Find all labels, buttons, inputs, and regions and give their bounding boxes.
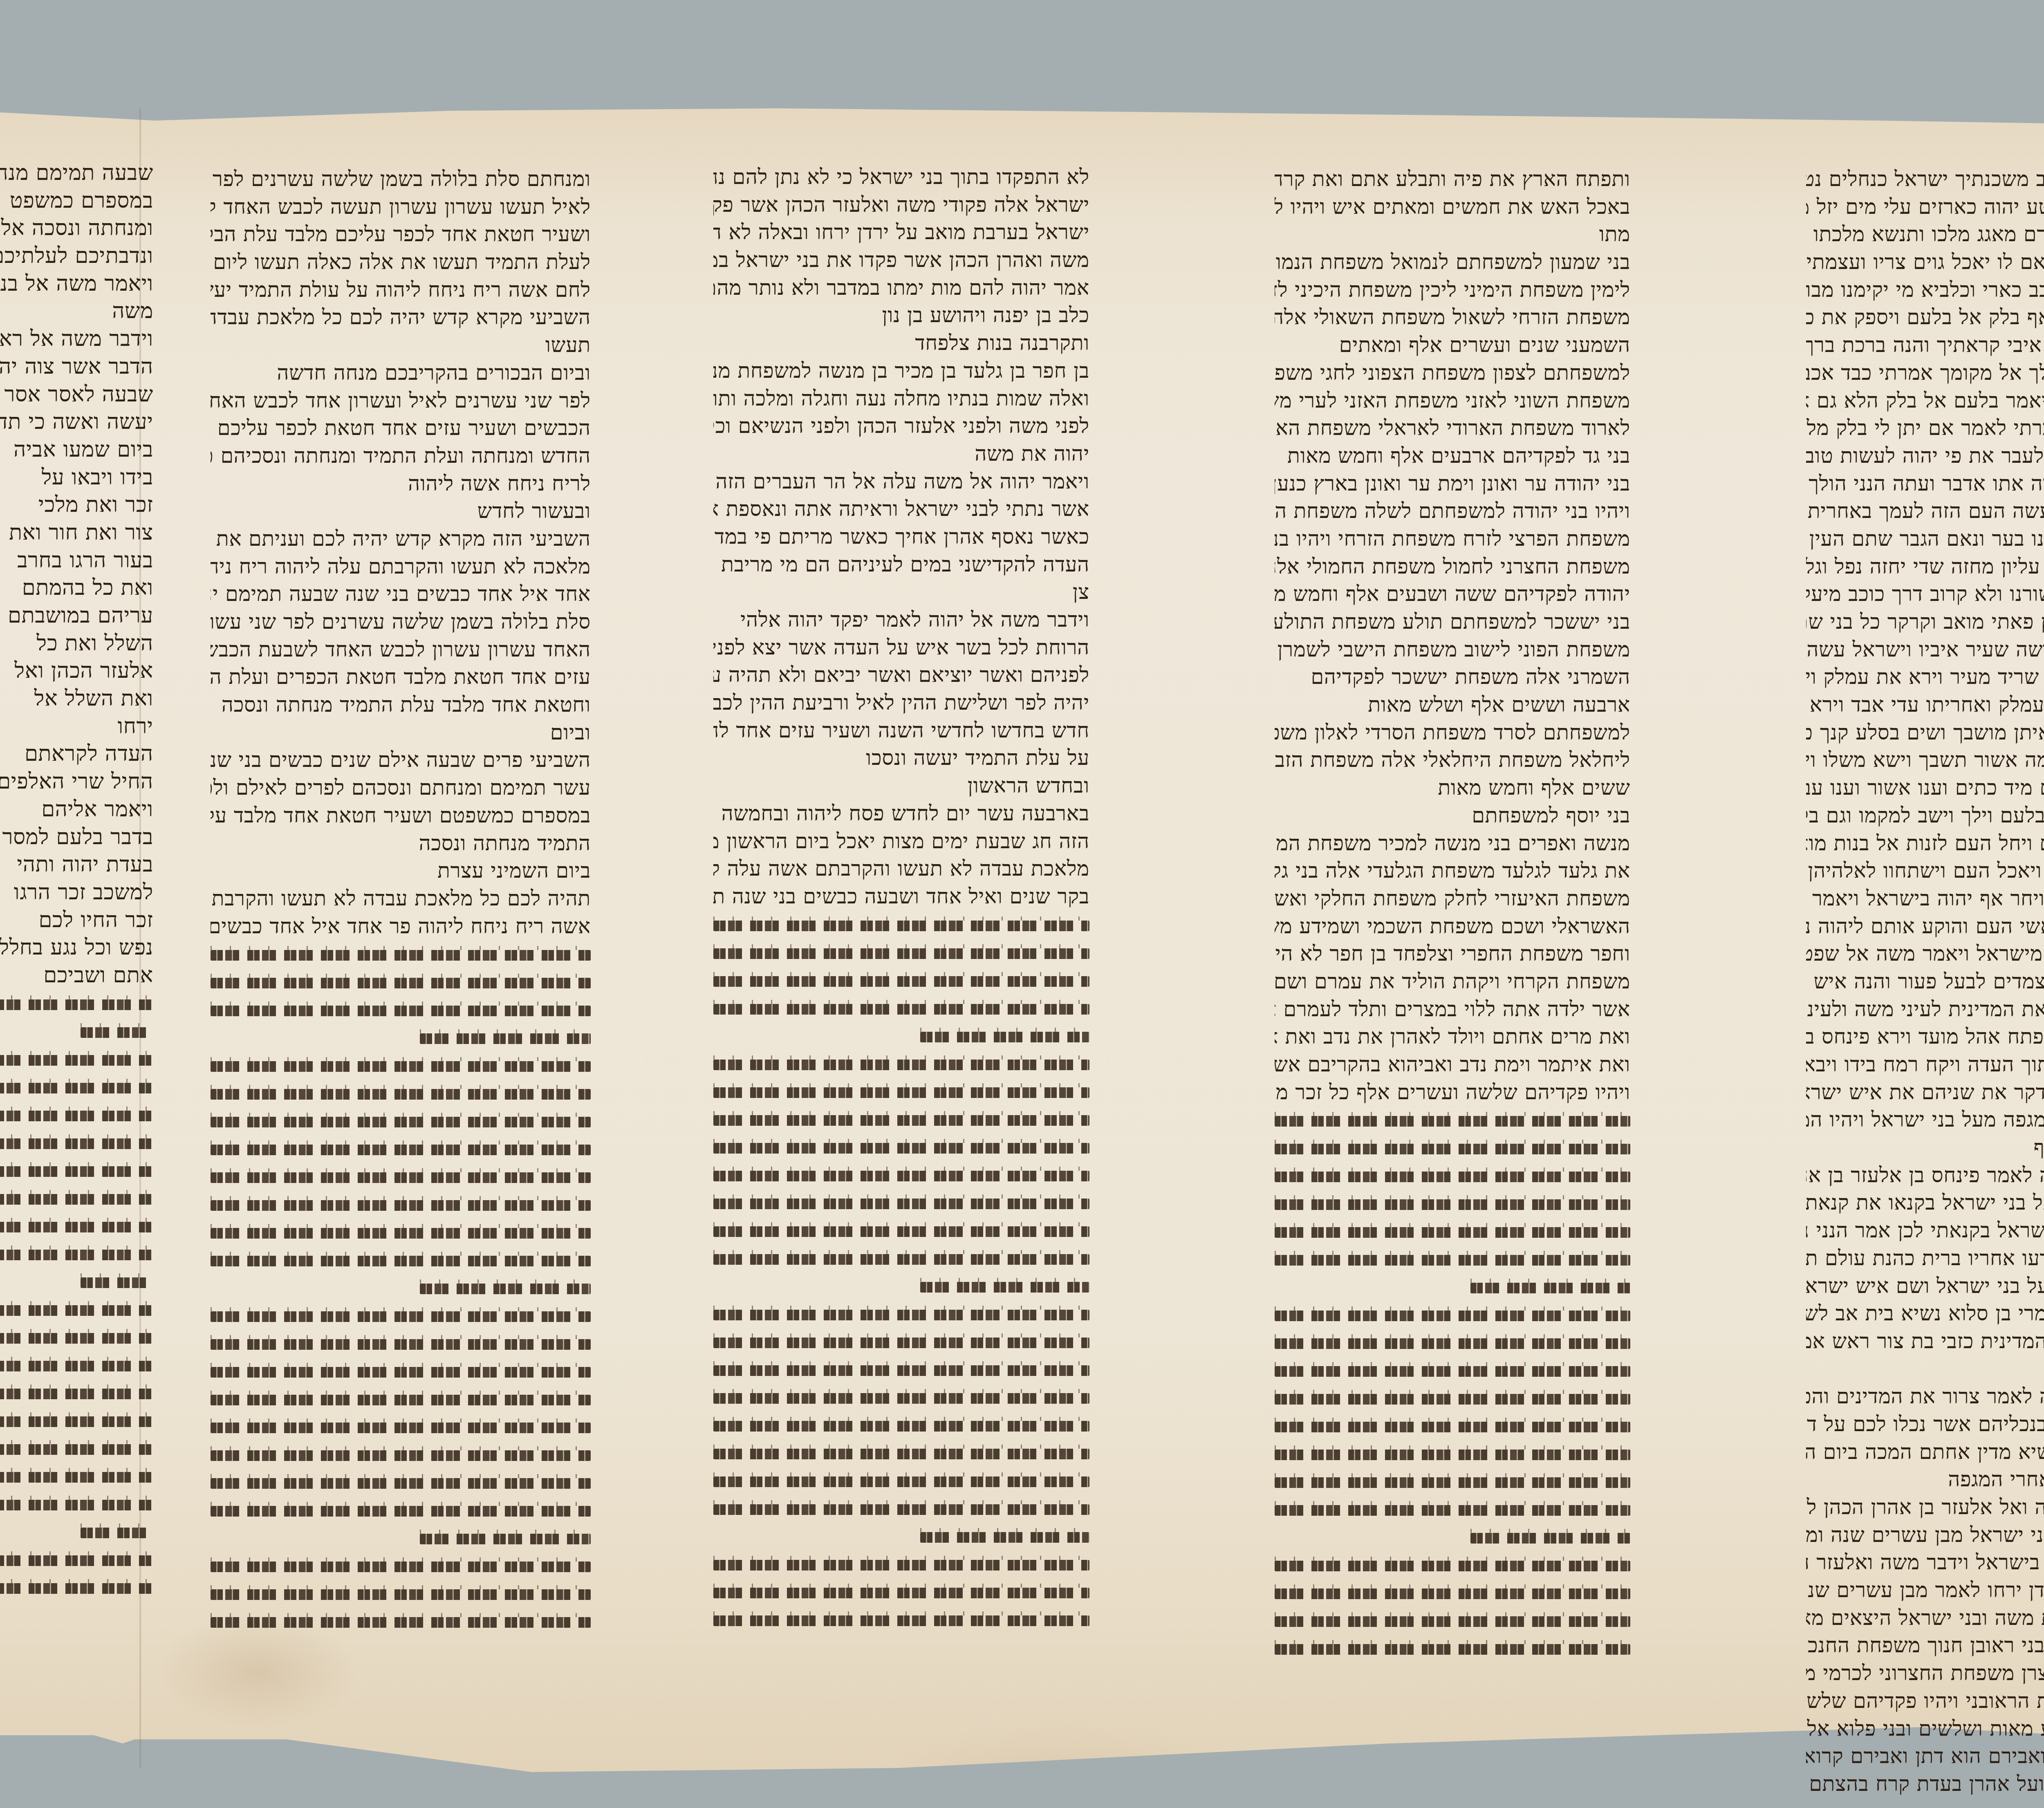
text-line: וארבעים אלף ושבע מאות ושלשים ובני פלוא א…	[1806, 1715, 2044, 1743]
text-line: ארבעה ועשרים אלף	[1806, 1134, 2044, 1162]
text-line: הרוחת לכל בשר איש על העדה אשר יצא לפניהם…	[713, 634, 1089, 662]
text-line: צור ואת חור ואת	[0, 519, 153, 547]
text-line-illegible	[713, 1133, 1089, 1161]
text-line-illegible	[713, 1439, 1089, 1467]
text-line: מלאכת עבדה לא תעשו והקרבתם אשה עלה ליהוה…	[713, 855, 1089, 883]
text-line: לעם לזבחי אלהיהן ויאכל העם וישתחוו לאלהי…	[1806, 857, 2044, 885]
text-line-illegible	[713, 1300, 1089, 1328]
text-line: העדה לקראתם	[0, 740, 153, 768]
text-line-illegible	[1275, 1467, 1630, 1495]
text-line-illegible	[713, 1467, 1089, 1494]
text-line-illegible	[0, 1129, 153, 1156]
text-line: לעלת התמיד תעשו את אלה כאלה תעשו ליום שב…	[211, 249, 591, 276]
text-line: משפחת החצרני לחמול משפחת החמולי אלה משפח…	[1275, 553, 1630, 581]
text-line-illegible	[713, 1105, 1089, 1133]
text-line: לא התפקדו בתוך בני ישראל כי לא נתן להם נ…	[713, 164, 1089, 191]
text-line-illegible	[713, 1355, 1089, 1383]
torah-scroll: שבעה תמימם מנחתםבמספרם כמשפטומנחתה ונסכה…	[0, 0, 2044, 1808]
text-line-illegible	[713, 1272, 1089, 1300]
text-line: לחם אשה ריח ניחח ליהוה על עולת התמיד יעש…	[211, 276, 591, 304]
text-line-illegible	[0, 1295, 153, 1323]
text-line: ושם האשה המכה המדינית כזבי בת צור ראש אמ…	[1806, 1328, 2044, 1355]
text-line-illegible	[211, 940, 591, 968]
text-line-illegible	[0, 990, 153, 1017]
text-line-illegible	[1275, 1273, 1630, 1301]
text-line: ויאמר יהוה אל משה ואל אלעזר בן אהרן הכהן…	[1806, 1494, 2044, 1521]
text-line: סלת בלולה בשמן שלשה עשרנים לפר שני עשרני…	[211, 608, 591, 636]
text-line: וירד מיעקב והאביד שריד מעיר וירא את עמלק…	[1806, 663, 2044, 691]
text-line: האחד עשרון עשרון לכבש האחד לשבעת הכבשים …	[211, 636, 591, 664]
text-line: אבתם כל יצא צבא בישראל וידבר משה ואלעזר …	[1806, 1549, 2044, 1577]
text-line-illegible	[0, 1240, 153, 1268]
text-line: וישב ישראל בשטים ויחל העם לזנות אל בנות …	[1806, 830, 2044, 858]
text-line: בני שמעון למשפחתם לנמואל משפחת הנמואלי	[1275, 249, 1630, 276]
text-line-illegible	[0, 1351, 153, 1379]
text-line-illegible	[1275, 1384, 1630, 1412]
text-line: נפש וכל נגע בחלל	[0, 934, 153, 962]
text-line: ובחדש הראשון	[713, 772, 1089, 800]
text-line-illegible	[1275, 1217, 1630, 1245]
text-line: במספרם כמשפט	[0, 187, 153, 215]
text-line-illegible	[713, 1244, 1089, 1272]
text-line: הכבשים ושעיר עזים אחד חטאת לכפר עליכם מל…	[211, 414, 591, 442]
column-partial-left: שבעה תמימם מנחתםבמספרם כמשפטומנחתה ונסכה…	[0, 159, 153, 1601]
text-line: ראובן בכור ישראל בני ראובן חנוך משפחת הח…	[1806, 1632, 2044, 1660]
text-line: עשר תמימם ומנחתם ונסכהם לפרים לאילם ולכב…	[211, 774, 591, 802]
text-line: השביעי הזה מקרא קדש יהיה לכם ועניתם את נ…	[211, 525, 591, 553]
text-line: יחיה משמו אל וצים מיד כתים וענו אשור וענ…	[1806, 774, 2044, 802]
text-line: ויאמר יהוה אל משה עלה אל הר העברים הזה ו…	[713, 468, 1089, 496]
text-line: ישראל והמה בכים פתח אהל מועד וירא פינחס …	[1806, 1023, 2044, 1051]
text-line-illegible	[713, 966, 1089, 994]
column-3: ותפתח הארץ את פיה ותבלע אתם ואת קרח במות…	[1275, 166, 1630, 1662]
text-line: הרגו איש אנשיו הנצמדים לבעל פעור והנה אי…	[1806, 968, 2044, 996]
text-line-illegible	[0, 1017, 153, 1045]
text-line-illegible	[211, 1246, 591, 1274]
text-line: ישראל אלה פקודי משה ואלעזר הכהן אשר פקדו…	[713, 191, 1089, 219]
text-line: משפחת השוני לאזני משפחת האזני לערי משפחת…	[1275, 387, 1630, 415]
text-line: ומנחתה ונסכה אלה	[0, 215, 153, 242]
text-line: על עלת התמיד יעשה ונסכו	[713, 744, 1089, 772]
text-line: ישראל אל הקבה וידקר את שניהם את איש ישרא…	[1806, 1079, 2044, 1107]
text-line: וידבר משה אל יהוה לאמר יפקד יהוה אלהי	[713, 606, 1089, 634]
text-line-illegible	[713, 1078, 1089, 1105]
text-line-illegible	[1275, 1356, 1630, 1384]
text-line: לריח ניחח אשה ליהוה	[211, 470, 591, 498]
text-line: שבעה לאסר אסר על	[0, 381, 153, 409]
text-line: שלום והיתה לו ולזרעו אחריו ברית כהנת עול…	[1806, 1245, 2044, 1273]
text-line-illegible	[1275, 1134, 1630, 1162]
text-line: משפחת הפרצי לזרח משפחת הזרחי ויהיו בני פ…	[1275, 525, 1630, 553]
text-line: אשר שלחת אלי דברתי לאמר אם יתן לי בלק מל…	[1806, 414, 2044, 442]
text-line: ושעיר חטאת אחד לכפר עליכם מלבד עלת הבקר …	[211, 221, 591, 249]
text-line-illegible	[0, 1045, 153, 1073]
text-line: וחציו ימחץ כרע שכב כארי וכלביא מי יקימנו…	[1806, 276, 2044, 304]
text-line: בן חפר בן גלעד בן מכיר בן מנשה למשפחת מנ…	[713, 357, 1089, 385]
text-line: ירחו	[0, 713, 153, 741]
text-line-illegible	[0, 1156, 153, 1184]
text-line: שבעה תמימם מנחתם	[0, 159, 153, 187]
text-line: קנא לאלהיו ויכפר על בני ישראל ושם איש יש…	[1806, 1273, 2044, 1300]
text-line-illegible	[713, 939, 1089, 966]
text-line: בני יששכר למשפחתם תולע משפחת התולעי לפוה	[1275, 608, 1630, 636]
column-2: לא התפקדו בתוך בני ישראל כי לא נתן להם נ…	[713, 164, 1089, 1633]
text-line: אמר יהוה להם מות ימתו במדבר ולא נותר מהם…	[713, 274, 1089, 302]
text-line: מלבי אשר ידבר יהוה אתו אדבר ועתה הנני הו…	[1806, 470, 2044, 498]
text-line: האשראלי ושכם משפחת השכמי ושמידע משפחת הש…	[1275, 913, 1630, 941]
text-line-illegible	[1275, 1634, 1630, 1662]
text-line: משפחת הקרחי ויקהת הוליד את עמרם ושם אשת …	[1275, 968, 1630, 996]
text-line: עזים אחד חטאת מלבד חטאת הכפרים ועלת התמי…	[211, 663, 591, 691]
text-line-illegible	[211, 1496, 591, 1524]
text-line-illegible	[0, 1573, 153, 1601]
text-line: משה	[0, 298, 153, 325]
text-line-illegible	[211, 1385, 591, 1413]
text-line: אמרי אל וידע דעת עליון מחזה שדי יחזה נפל…	[1806, 553, 2044, 581]
text-line-illegible	[211, 1218, 591, 1246]
text-line: וידבר משה אל ראשי	[0, 325, 153, 353]
text-line: בני יהודה ער ואונן וימת ער ואונן בארץ כנ…	[1275, 470, 1630, 498]
text-line: פעמים ועתה ברח לך אל מקומך אמרתי כבד אכב…	[1806, 359, 2044, 387]
text-line-illegible	[1275, 1551, 1630, 1579]
text-line-illegible	[713, 1578, 1089, 1606]
text-line: יהיה לבער קין עד מה אשור תשבך וישא משלו …	[1806, 746, 2044, 774]
text-line-illegible	[713, 1161, 1089, 1189]
text-line: תהיה לכם כל מלאכת עבדה לא תעשו והקרבתם ע…	[211, 885, 591, 913]
text-line: ואת כל בהמתם	[0, 574, 153, 602]
text-line: ויהיו בני יהודה למשפחתם לשלה משפחת השלני…	[1275, 497, 1630, 525]
text-line-illegible	[713, 1189, 1089, 1217]
text-line-illegible	[211, 1302, 591, 1329]
text-line: מלאכה לא תעשו והקרבתם עלה ליהוה ריח ניחח…	[211, 553, 591, 581]
text-line: ומנחתם סלת בלולה בשמן שלשה עשרנים לפר וש…	[211, 166, 591, 193]
text-line: החדש ומנחתה ועלת התמיד ומנחתה ונסכיהם כמ…	[211, 442, 591, 470]
text-line: ויאמר ראשית גוים עמלק ואחריתו עדי אבד וי…	[1806, 691, 2044, 719]
text-line-illegible	[1275, 1329, 1630, 1356]
text-line: השמעני שנים ועשרים אלף ומאתים	[1275, 332, 1630, 359]
text-line-illegible	[0, 1212, 153, 1240]
text-line-illegible	[0, 1407, 153, 1434]
text-line-illegible	[713, 1494, 1089, 1522]
text-line-illegible	[211, 1135, 591, 1163]
text-line: ואלה שמות בנתיו מחלה נעה וחגלה ומלכה ותר…	[713, 385, 1089, 413]
text-line-illegible	[211, 968, 591, 996]
text-line: כלב בן יפנה ויהושע בן נון	[713, 302, 1089, 329]
text-line: כסף וזהב לא אוכל לעבר את פי יהוה לעשות ט…	[1806, 442, 2044, 470]
text-line-illegible	[1275, 1190, 1630, 1217]
text-line: אליאב נמואל ודתן ואבירם הוא דתן ואבירם ק…	[1806, 1743, 2044, 1770]
text-line: ביום השמיני עצרת	[211, 857, 591, 885]
text-line: מנעך יהוה מכבוד ויאמר בלעם אל בלק הלא גם…	[1806, 387, 2044, 415]
text-line-illegible	[211, 1190, 591, 1218]
text-line: וידבר יהוה אל משה לאמר צרור את המדינים ו…	[1806, 1383, 2044, 1411]
text-line: הכרמי אלה משפחת הראובני ויהיו פקדיהם שלש…	[1806, 1687, 2044, 1715]
text-line-illegible	[211, 1552, 591, 1579]
text-line-illegible	[211, 1524, 591, 1552]
text-line-illegible	[713, 911, 1089, 939]
text-line: החיל שרי האלפים	[0, 768, 153, 796]
text-line: אתם ושביכם	[0, 962, 153, 990]
text-line: יהיה לפר ושלישת ההין לאיל ורביעת ההין לכ…	[713, 689, 1089, 717]
text-line: וידבר יהוה אל משה לאמר פינחס בן אלעזר בן…	[1806, 1162, 2044, 1190]
text-line: ויאמר משה אל בני	[0, 270, 153, 298]
text-line-illegible	[0, 1546, 153, 1573]
text-line-illegible	[211, 1079, 591, 1107]
text-line: אשר הצו על משה ועל אהרן בעדת קרח בהצתם ע…	[1806, 1770, 2044, 1798]
text-line-illegible	[713, 1217, 1089, 1244]
text-line: בא ויקרב אל אחיו את המדינית לעיני משה ול…	[1806, 996, 2044, 1024]
text-line: לכה איעצך אשר יעשה העם הזה לעמך באחרית ה…	[1806, 497, 2044, 525]
text-line: משה קח את כל ראשי העם והוקע אותם ליהוה נ…	[1806, 913, 2044, 941]
text-line: אחד איל אחד כבשים בני שנה שבעה תמימם יהי…	[211, 580, 591, 608]
text-line-illegible	[0, 1379, 153, 1407]
text-line: ועל דבר כזבי בת נשיא מדין אחתם המכה ביום…	[1806, 1438, 2044, 1466]
text-line: השלל ואת כל	[0, 630, 153, 658]
text-line: יעשה ואשה כי תדר	[0, 408, 153, 436]
text-line: וחפר משפחת החפרי וצלפחד בן חפר לא היו לו…	[1275, 940, 1630, 968]
text-line-illegible	[713, 1328, 1089, 1355]
text-line: אראנו ולא עתה אשורנו ולא קרוב דרך כוכב מ…	[1806, 580, 2044, 608]
text-line: ארבעה וששים אלף ושלש מאות	[1275, 691, 1630, 719]
text-line: משפחת הפוני לישוב משפחת הישבי לשמרן משפח…	[1275, 636, 1630, 664]
text-line: אשר ילדה אתה ללוי במצרים ותלד לעמרם את א…	[1275, 996, 1630, 1024]
text-line-illegible	[713, 1550, 1089, 1578]
text-line-illegible	[1275, 1301, 1630, 1329]
text-line-illegible	[0, 1323, 153, 1351]
text-line: בני גד לפקדיהם ארבעים אלף וחמש מאות	[1275, 442, 1630, 470]
text-line: אהרן הכהן ויקם מתוך העדה ויקח רמח בידו ו…	[1806, 1051, 2044, 1079]
text-line: וישב חרון אף יהוה מישראל ויאמר משה אל שפ…	[1806, 940, 2044, 968]
text-line: כאשר צוה יהוה את משה ובני ישראל היצאים מ…	[1806, 1604, 2044, 1632]
text-line: כי צררים הם לכם בנכליהם אשר נכלו לכם על …	[1806, 1411, 2044, 1438]
text-line: ותקרבנה בנות צלפחד	[713, 329, 1089, 357]
column-4: מה טבו אהליך יעקב משכנתיך ישראל כנחלים נ…	[1806, 166, 2044, 1798]
text-line: ויאמר נאם בלעם בנו בער ונאם הגבר שתם העי…	[1806, 525, 2044, 553]
text-line: וביום הבכורים בהקריבכם מנחה חדשה	[211, 359, 591, 387]
text-line-illegible	[1275, 1106, 1630, 1134]
text-line: בית אב במדין הוא	[1806, 1355, 2044, 1383]
text-line-illegible	[211, 996, 591, 1024]
text-line: השביעי מקרא קדש יהיה לכם כל מלאכת עבדה ל…	[211, 304, 591, 332]
text-line-illegible	[211, 1329, 591, 1357]
text-line: השמרני אלה משפחת יששכר לפקדיהם	[1275, 663, 1630, 691]
text-line: אשר נתתי לבני ישראל וראיתה אתה ונאספת אל…	[713, 495, 1089, 523]
text-line: לאיל תעשו עשרון עשרון תעשה לכבש האחד לשב…	[211, 193, 591, 221]
text-line: על דבר פעור ויהי אחרי המגפה	[1806, 1466, 2044, 1494]
text-line: הדבר אשר צוה יהוה	[0, 353, 153, 381]
text-line-illegible	[211, 1024, 591, 1051]
text-line-illegible	[713, 1411, 1089, 1439]
text-line-illegible	[713, 1522, 1089, 1550]
text-line: התמיד מנחתה ונסכה	[211, 830, 591, 858]
text-line-illegible	[1275, 1579, 1630, 1606]
text-line: מה טבו אהליך יעקב משכנתיך ישראל כנחלים נ…	[1806, 166, 2044, 193]
text-line: למשפחתם לסרד משפחת הסרדי לאלון משפחת האל…	[1275, 719, 1630, 747]
text-line: ואת מרים אחתם ויולד לאהרן את נדב ואת אבי…	[1275, 1023, 1630, 1051]
text-line: אל קבתה ותעצר המגפה מעל בני ישראל ויהיו …	[1806, 1106, 2044, 1134]
text-line: השביעי פרים שבעה אילם שנים כבשים בני שנה…	[211, 746, 591, 774]
text-line: בלק אל בלעם לקב איבי קראתיך והנה ברכת בר…	[1806, 332, 2044, 359]
text-line: עלי נהר כאהלים נטע יהוה כארזים עלי מים י…	[1806, 193, 2044, 221]
text-line: בארבעה עשר יום לחדש פסח ליהוה ובחמשה עשר…	[713, 800, 1089, 828]
text-line-illegible	[0, 1518, 153, 1546]
text-line: ששים אלף וחמש מאות	[1275, 774, 1630, 802]
text-line: בני יוסף למשפחתם	[1275, 802, 1630, 830]
text-line: ואת איתמר וימת נדב ואביהוא בהקריבם אש זר…	[1275, 1051, 1630, 1079]
text-line: וזרעו במים רבים וירם מאגג מלכו ותנשא מלכ…	[1806, 221, 2044, 249]
text-line: יהודה לפקדיהם ששה ושבעים אלף וחמש מאות	[1275, 580, 1630, 608]
text-line: בעדת יהוה ותהי	[0, 851, 153, 879]
text-line-illegible	[0, 1434, 153, 1462]
text-line-illegible	[0, 1101, 153, 1129]
text-line-illegible	[713, 1050, 1089, 1078]
text-line-illegible	[211, 1357, 591, 1385]
text-line: בקר שנים ואיל אחד ושבעה כבשים בני שנה תמ…	[713, 883, 1089, 911]
text-line: ובעשור לחדש	[211, 497, 591, 525]
text-line-illegible	[1275, 1162, 1630, 1190]
text-line: שבט מישראל ומחץ פאתי מואב וקרקר כל בני ש…	[1806, 608, 2044, 636]
text-line: במספרם כמשפטם ושעיר חטאת אחד מלבד עלת	[211, 802, 591, 830]
text-line-illegible	[211, 1441, 591, 1468]
text-line-illegible	[211, 1413, 591, 1441]
text-line-illegible	[1275, 1523, 1630, 1551]
text-line: אדום ירשה והיה ירשה שעיר איביו וישראל עש…	[1806, 636, 2044, 664]
text-line-illegible	[211, 1607, 591, 1635]
text-line-illegible	[713, 994, 1089, 1022]
text-line: בדבר בלעם למסר	[0, 824, 153, 851]
text-line: למשכב זכר הרגו	[0, 879, 153, 907]
text-line: וארריך ארור ויחר אף בלק אל בלעם ויספק את…	[1806, 304, 2044, 332]
text-line: כאשר נאסף אהרן אחיך כאשר מריתם פי במדבר …	[713, 523, 1089, 551]
text-line: וחטאת אחד מלבד עלת התמיד מנחתה ונסכה	[211, 691, 591, 719]
text-line: בידו ויבאו על	[0, 464, 153, 492]
text-line: ויאמר אליהם	[0, 796, 153, 824]
text-line-illegible	[713, 1606, 1089, 1633]
text-line-illegible	[1275, 1245, 1630, 1273]
text-line-illegible	[0, 1268, 153, 1295]
text-line: וישא משלו ויאמר איתן מושבך ושים בסלע קנך…	[1806, 719, 2044, 747]
text-line: בערבת מואב על ירדן ירחו לאמר מבן עשרים ש…	[1806, 1577, 2044, 1604]
column-1: ומנחתם סלת בלולה בשמן שלשה עשרנים לפר וש…	[211, 166, 591, 1635]
text-line: מתו	[1275, 221, 1630, 249]
text-line: משפחת הזרחי לשאול משפחת השאולי אלה משפחת	[1275, 304, 1630, 332]
text-line: מנשה ואפרים בני מנשה למכיר משפחת המכירי …	[1275, 830, 1630, 858]
text-line-illegible	[0, 1462, 153, 1490]
text-line: חדש בחדשו לחדשי השנה ושעיר עזים אחד לחטא…	[713, 717, 1089, 745]
text-line: השיב את חמתי מעל בני ישראל בקנאו את קנאת…	[1806, 1189, 2044, 1217]
text-line: משפחת האיעזרי לחלק משפחת החלקי ואשריאל מ…	[1275, 885, 1630, 913]
text-line: ונדבתיכם לעלתיכם	[0, 242, 153, 270]
text-line: ולא כליתי את בני ישראל בקנאתי לכן אמר הנ…	[1806, 1217, 2044, 1245]
text-line-illegible	[1275, 1412, 1630, 1440]
text-line: משפחת הפלאי לחצרן משפחת החצרוני לכרמי מש…	[1806, 1660, 2044, 1687]
text-line: בעור הרגו בחרב	[0, 547, 153, 575]
text-line-illegible	[211, 1579, 591, 1607]
text-line: לפר שני עשרנים לאיל ועשרון אחד לכבש האחד…	[211, 387, 591, 415]
text-line: אלעזר הכהן ואל	[0, 657, 153, 685]
text-line-illegible	[211, 1163, 591, 1190]
text-line: ליחלאל משפחת היחלאלי אלה משפחת הזבולני ל…	[1275, 746, 1630, 774]
text-line: ותפתח הארץ את פיה ותבלע אתם ואת קרח במות…	[1275, 166, 1630, 193]
text-line: וביום	[211, 719, 591, 747]
text-line-illegible	[211, 1051, 591, 1079]
text-line: זכר החיו לכם	[0, 907, 153, 934]
text-line: לארוד משפחת הארודי לאראלי משפחת האראלי א…	[1275, 414, 1630, 442]
text-line: ביום שמעו אביה	[0, 436, 153, 464]
text-line-illegible	[211, 1274, 591, 1302]
text-line: את גלעד לגלעד משפחת הגלעדי אלה בני גלעד …	[1275, 857, 1630, 885]
text-line-illegible	[0, 1184, 153, 1212]
text-line: יהוה את משה	[713, 440, 1089, 468]
text-line: עריהם במושבתם	[0, 602, 153, 630]
text-line-illegible	[0, 1490, 153, 1518]
text-line-illegible	[1275, 1606, 1630, 1634]
text-line: ישראל בערבת מואב על ירדן ירחו ובאלה לא ה…	[713, 219, 1089, 246]
text-line: הכה את המדינית זמרי בן סלוא נשיא בית אב …	[1806, 1300, 2044, 1328]
text-line: באכל האש את חמשים ומאתים איש ויהיו לנס ו…	[1275, 193, 1630, 221]
text-line: ויהיו פקדיהם שלשה ועשרים אלף כל זכר מבן …	[1275, 1079, 1630, 1107]
text-line-illegible	[211, 1107, 591, 1135]
text-line: ישראל לבעל פעור ויחר אף יהוה בישראל ויאמ…	[1806, 885, 2044, 913]
text-line: למשפחתם לצפון משפחת הצפוני לחגי משפחת הח…	[1275, 359, 1630, 387]
text-line: אשה ריח ניחח ליהוה פר אחד איל אחד כבשים …	[211, 913, 591, 941]
text-line: לפני משה ולפני אלעזר הכהן ולפני הנשיאם ו…	[713, 412, 1089, 440]
text-line: את ראש כל עדת בני ישראל מבן עשרים שנה ומ…	[1806, 1521, 2044, 1549]
text-line: הוא עדי אבד ויקם בלעם וילך וישב למקמו וג…	[1806, 802, 2044, 830]
text-line: ממצרים כתועפת ראם לו יאכל גוים צריו ועצמ…	[1806, 249, 2044, 276]
text-line-illegible	[211, 1468, 591, 1496]
text-line: לפניהם ואשר יוציאם ואשר יביאם ולא תהיה ע…	[713, 661, 1089, 689]
text-line-illegible	[0, 1073, 153, 1101]
text-line: זכר ואת מלכי	[0, 491, 153, 519]
text-line: משה ואהרן הכהן אשר פקדו את בני ישראל במד…	[713, 246, 1089, 274]
text-line-illegible	[1275, 1440, 1630, 1467]
text-line-illegible	[713, 1022, 1089, 1050]
text-line: העדה להקדישני במים לעיניהם הם מי מריבת ק…	[713, 551, 1089, 579]
text-line-illegible	[1275, 1495, 1630, 1523]
text-line: ואת השלל אל	[0, 685, 153, 713]
text-line: תעשו	[211, 332, 591, 359]
text-line-illegible	[713, 1383, 1089, 1411]
text-line: הזה חג שבעת ימים מצות יאכל ביום הראשון מ…	[713, 828, 1089, 856]
text-line: צן	[713, 578, 1089, 606]
text-line: לימין משפחת הימיני ליכין משפחת היכיני לז…	[1275, 276, 1630, 304]
